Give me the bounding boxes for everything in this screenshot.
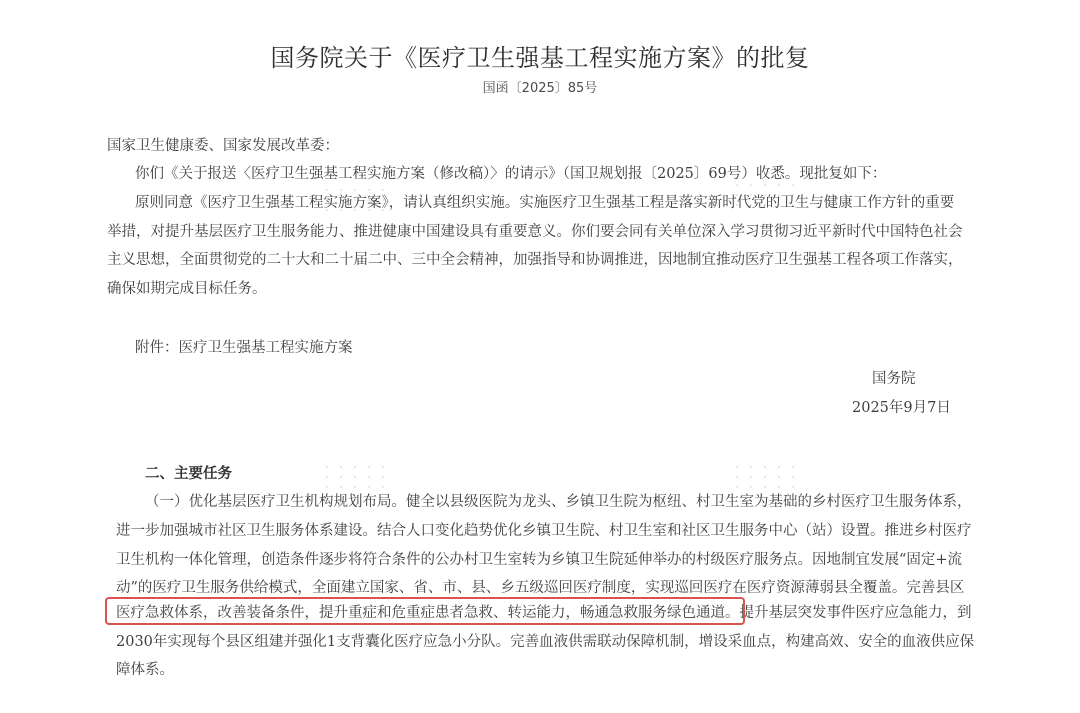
document-page: 国务院关于《医疗卫生强基工程实施方案》的批复 国函〔2025〕85号 国家卫生健… xyxy=(0,0,1080,713)
section-line-6: 2030年实现每个县区组建并强化1支背囊化医疗应急小分队。完善血液供需联动保障机… xyxy=(116,632,974,652)
paragraph-2-line-2: 举措，对提升基层医疗卫生服务能力、推进健康中国建设具有重要意义。你们要会同有关单… xyxy=(107,222,963,242)
document-number: 国函〔2025〕85号 xyxy=(0,77,1080,96)
section-heading: 二、主要任务 xyxy=(145,462,232,483)
section-line-4: 动”的医疗卫生服务供给模式，全面建立国家、省、市、县、乡五级巡回医疗制度，实现巡… xyxy=(116,578,964,598)
paragraph-2-line-4: 确保如期完成目标任务。 xyxy=(107,279,267,299)
watermark-dots xyxy=(320,462,390,492)
watermark-dots xyxy=(320,185,390,215)
recipients: 国家卫生健康委、国家发展改革委： xyxy=(107,136,339,156)
section-line-7: 障体系。 xyxy=(116,660,174,680)
signature: 国务院 xyxy=(872,367,916,388)
section-line-3: 卫生机构一体化管理，创造条件逐步将符合条件的公办村卫生室转为乡镇卫生院延伸举办的… xyxy=(116,550,962,570)
attachment-line: 附件：医疗卫生强基工程实施方案 xyxy=(135,338,353,358)
section-line-2: 进一步加强城市社区卫生服务体系建设。结合人口变化趋势优化乡镇卫生院、村卫生室和社… xyxy=(116,521,972,541)
date: 2025年9月7日 xyxy=(852,396,951,417)
document-title: 国务院关于《医疗卫生强基工程实施方案》的批复 xyxy=(0,38,1080,73)
paragraph-2-line-1: 原则同意《医疗卫生强基工程实施方案》，请认真组织实施。实施医疗卫生强基工程是落实… xyxy=(135,193,954,213)
watermark-dots xyxy=(730,180,800,210)
paragraph-2-line-3: 主义思想，全面贯彻党的二十大和二十届二中、三中全会精神，加强指导和协调推进，因地… xyxy=(107,250,963,270)
highlight-annotation-box xyxy=(105,597,745,625)
section-line-1: （一）优化基层医疗卫生机构规划布局。健全以县级医院为龙头、乡镇卫生院为枢纽、村卫… xyxy=(145,492,972,512)
watermark-dots xyxy=(730,462,800,492)
